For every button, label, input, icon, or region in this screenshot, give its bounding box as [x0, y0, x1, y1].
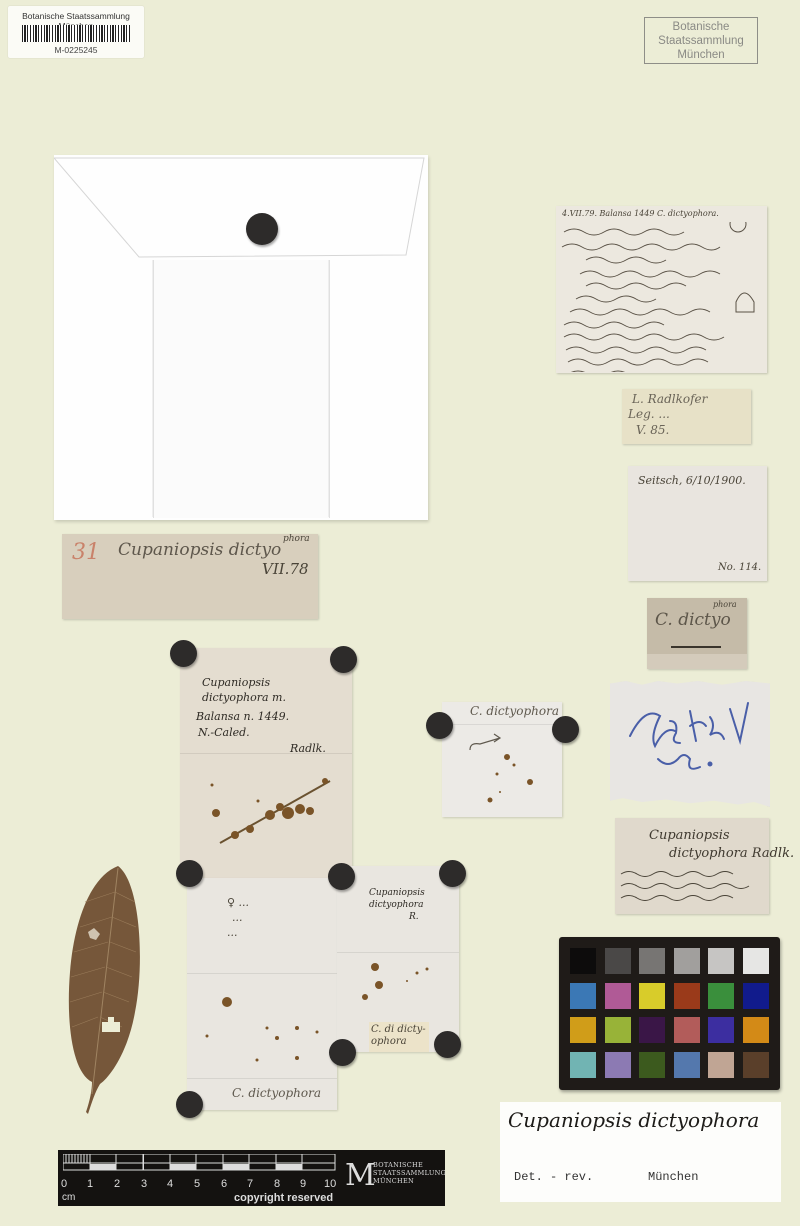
color-swatch — [605, 983, 631, 1009]
color-swatch — [743, 983, 769, 1009]
color-swatch — [743, 948, 769, 974]
label-blue-note — [610, 681, 770, 807]
color-swatch — [674, 1017, 700, 1043]
stamp-line: Staatssammlung — [645, 34, 757, 48]
institution-stamp: Botanische Staatssammlung München — [644, 17, 758, 64]
label-line: dictyophora Radlk. — [669, 846, 794, 861]
copyright-notice: copyright reserved — [234, 1192, 333, 1204]
label-correction: phora — [283, 534, 310, 544]
label-c-dictyo: C. dictyo phora — [647, 598, 747, 669]
color-swatch — [570, 1052, 596, 1078]
label-fold — [647, 654, 747, 669]
color-swatch — [570, 1017, 596, 1043]
scale-tick: 7 — [247, 1178, 253, 1190]
seed-fragments — [197, 988, 327, 1068]
packet-label-line: ... — [232, 911, 243, 924]
packet-label-line: ♀ ... — [227, 896, 249, 909]
color-swatch — [639, 1052, 665, 1078]
magnet — [426, 712, 453, 739]
packet-label-line: C. dictyophora — [470, 704, 559, 718]
packet-sublabel: C. di dicty- ophora — [369, 1022, 429, 1052]
specimen-packet[interactable]: C. dictyophora — [442, 702, 562, 817]
packet-label-line: Balansa n. 1449. — [196, 710, 289, 723]
scale-bar: 0 1 2 3 4 5 6 7 8 9 10 cm copyright rese… — [58, 1150, 445, 1206]
color-swatch — [708, 983, 734, 1009]
label-description: Cupaniopsis dictyophora Radlk. — [615, 818, 769, 914]
color-swatch — [743, 1017, 769, 1043]
scale-unit: cm — [62, 1192, 75, 1203]
label-number: 31 — [72, 540, 100, 565]
stamp-line: München — [645, 48, 757, 62]
label-date: VII.78 — [262, 560, 309, 578]
color-checker-card — [559, 937, 780, 1090]
color-swatch — [570, 948, 596, 974]
color-swatch — [674, 1052, 700, 1078]
specimen-id: M-0225245 — [8, 45, 144, 55]
label-line: L. Radlkofer — [632, 392, 707, 406]
specimen-packet[interactable]: Cupaniopsis dictyophora m. Balansa n. 14… — [180, 648, 352, 883]
color-swatch — [743, 1052, 769, 1078]
determination-label: Cupaniopsis dictyophora Det. - rev. Münc… — [500, 1102, 781, 1202]
label-date-text: Seitsch, 6/10/1900. — [638, 474, 746, 487]
magnet — [330, 646, 357, 673]
color-swatch — [605, 1052, 631, 1078]
packet-label-line: dictyophora m. — [202, 691, 286, 704]
color-swatch — [674, 983, 700, 1009]
magnet — [246, 213, 278, 245]
packet-fold — [187, 1078, 337, 1079]
scale-tick: 8 — [274, 1178, 280, 1190]
color-swatch — [570, 983, 596, 1009]
dried-inflorescence — [210, 773, 340, 853]
scale-tick: 2 — [114, 1178, 120, 1190]
seed-fragments — [357, 961, 457, 1021]
specimen-envelope[interactable] — [54, 155, 428, 520]
barcode-label: Botanische Staatssammlung München M-0225… — [8, 6, 144, 58]
magnet — [439, 860, 466, 887]
institution-logo-icon: M — [345, 1158, 376, 1193]
scale-tick: 10 — [324, 1178, 336, 1190]
magnet — [552, 716, 579, 743]
packet-label-line: R. — [409, 912, 419, 922]
label-taxon: Cupaniopsis dictyo — [118, 540, 281, 560]
packet-fold — [337, 952, 459, 953]
label-line: Leg. ... — [628, 407, 670, 421]
det-place: München — [648, 1170, 698, 1184]
envelope-fold-lines — [54, 155, 428, 520]
color-swatch — [639, 1017, 665, 1043]
packet-label-line: dictyophora — [369, 900, 423, 910]
color-swatch-grid — [570, 948, 769, 1078]
label-original-determination: 31 Cupaniopsis dictyo phora VII.78 — [62, 534, 318, 619]
label-line: Cupaniopsis — [649, 828, 730, 843]
packet-fold — [187, 973, 337, 974]
label-collector: L. Radlkofer Leg. ... V. 85. — [622, 389, 751, 444]
scale-tick: 9 — [300, 1178, 306, 1190]
packet-label-line: ... — [227, 926, 238, 939]
scale-ruler — [63, 1154, 343, 1176]
label-taxon: C. dictyo — [655, 610, 731, 630]
handwriting-scribble — [556, 222, 767, 372]
blue-handwriting — [610, 681, 770, 807]
label-field-notes: 4.VII.79. Balansa 1449 C. dictyophora. — [556, 206, 767, 373]
packet-label-line: Cupaniopsis — [202, 676, 270, 689]
color-swatch — [605, 948, 631, 974]
magnet — [176, 1091, 203, 1118]
color-swatch — [639, 983, 665, 1009]
label-correction: phora — [713, 600, 737, 609]
logo-line: STAATSSAMMLUNG — [373, 1169, 446, 1177]
label-dated: Seitsch, 6/10/1900. No. 114. — [628, 466, 767, 581]
handwriting-scribble — [615, 868, 769, 908]
label-number: No. 114. — [718, 562, 761, 573]
packet-footer-label: C. dictyophora — [232, 1086, 321, 1100]
scale-tick: 0 — [61, 1178, 67, 1190]
packet-label-line: Cupaniopsis — [369, 888, 425, 898]
color-swatch — [674, 948, 700, 974]
magnet — [328, 863, 355, 890]
packet-fold — [442, 724, 562, 725]
arrow-and-seeds — [462, 730, 552, 810]
color-swatch — [708, 1017, 734, 1043]
barcode — [22, 25, 130, 42]
magnet — [176, 860, 203, 887]
notes-header: 4.VII.79. Balansa 1449 C. dictyophora. — [562, 209, 719, 218]
packet-fold — [180, 753, 352, 754]
scale-tick: 5 — [194, 1178, 200, 1190]
color-swatch — [605, 1017, 631, 1043]
logo-line: MÜNCHEN — [373, 1177, 446, 1185]
scale-tick: 1 — [87, 1178, 93, 1190]
packet-label-line: N.-Caled. — [198, 726, 250, 739]
color-swatch — [708, 1052, 734, 1078]
color-swatch — [639, 948, 665, 974]
label-line: V. 85. — [636, 423, 669, 437]
institution-logo-text: BOTANISCHE STAATSSAMMLUNG MÜNCHEN — [373, 1161, 446, 1185]
color-swatch — [708, 948, 734, 974]
scale-tick: 3 — [141, 1178, 147, 1190]
strike-line — [671, 646, 721, 648]
magnet — [170, 640, 197, 667]
logo-line: BOTANISCHE — [373, 1161, 446, 1169]
specimen-packet[interactable]: Cupaniopsis dictyophora R. C. di dicty- … — [337, 866, 459, 1052]
det-rev-label: Det. - rev. — [514, 1170, 593, 1184]
determined-taxon: Cupaniopsis dictyophora — [508, 1108, 759, 1132]
stamp-line: Botanische — [645, 20, 757, 34]
packet-label-line: Radlk. — [290, 742, 326, 755]
magnet — [329, 1039, 356, 1066]
magnet — [434, 1031, 461, 1058]
specimen-packet[interactable]: ♀ ... ... ... C. dictyophora — [187, 878, 337, 1110]
scale-tick: 6 — [221, 1178, 227, 1190]
scale-tick: 4 — [167, 1178, 173, 1190]
dried-leaf — [60, 862, 150, 1120]
